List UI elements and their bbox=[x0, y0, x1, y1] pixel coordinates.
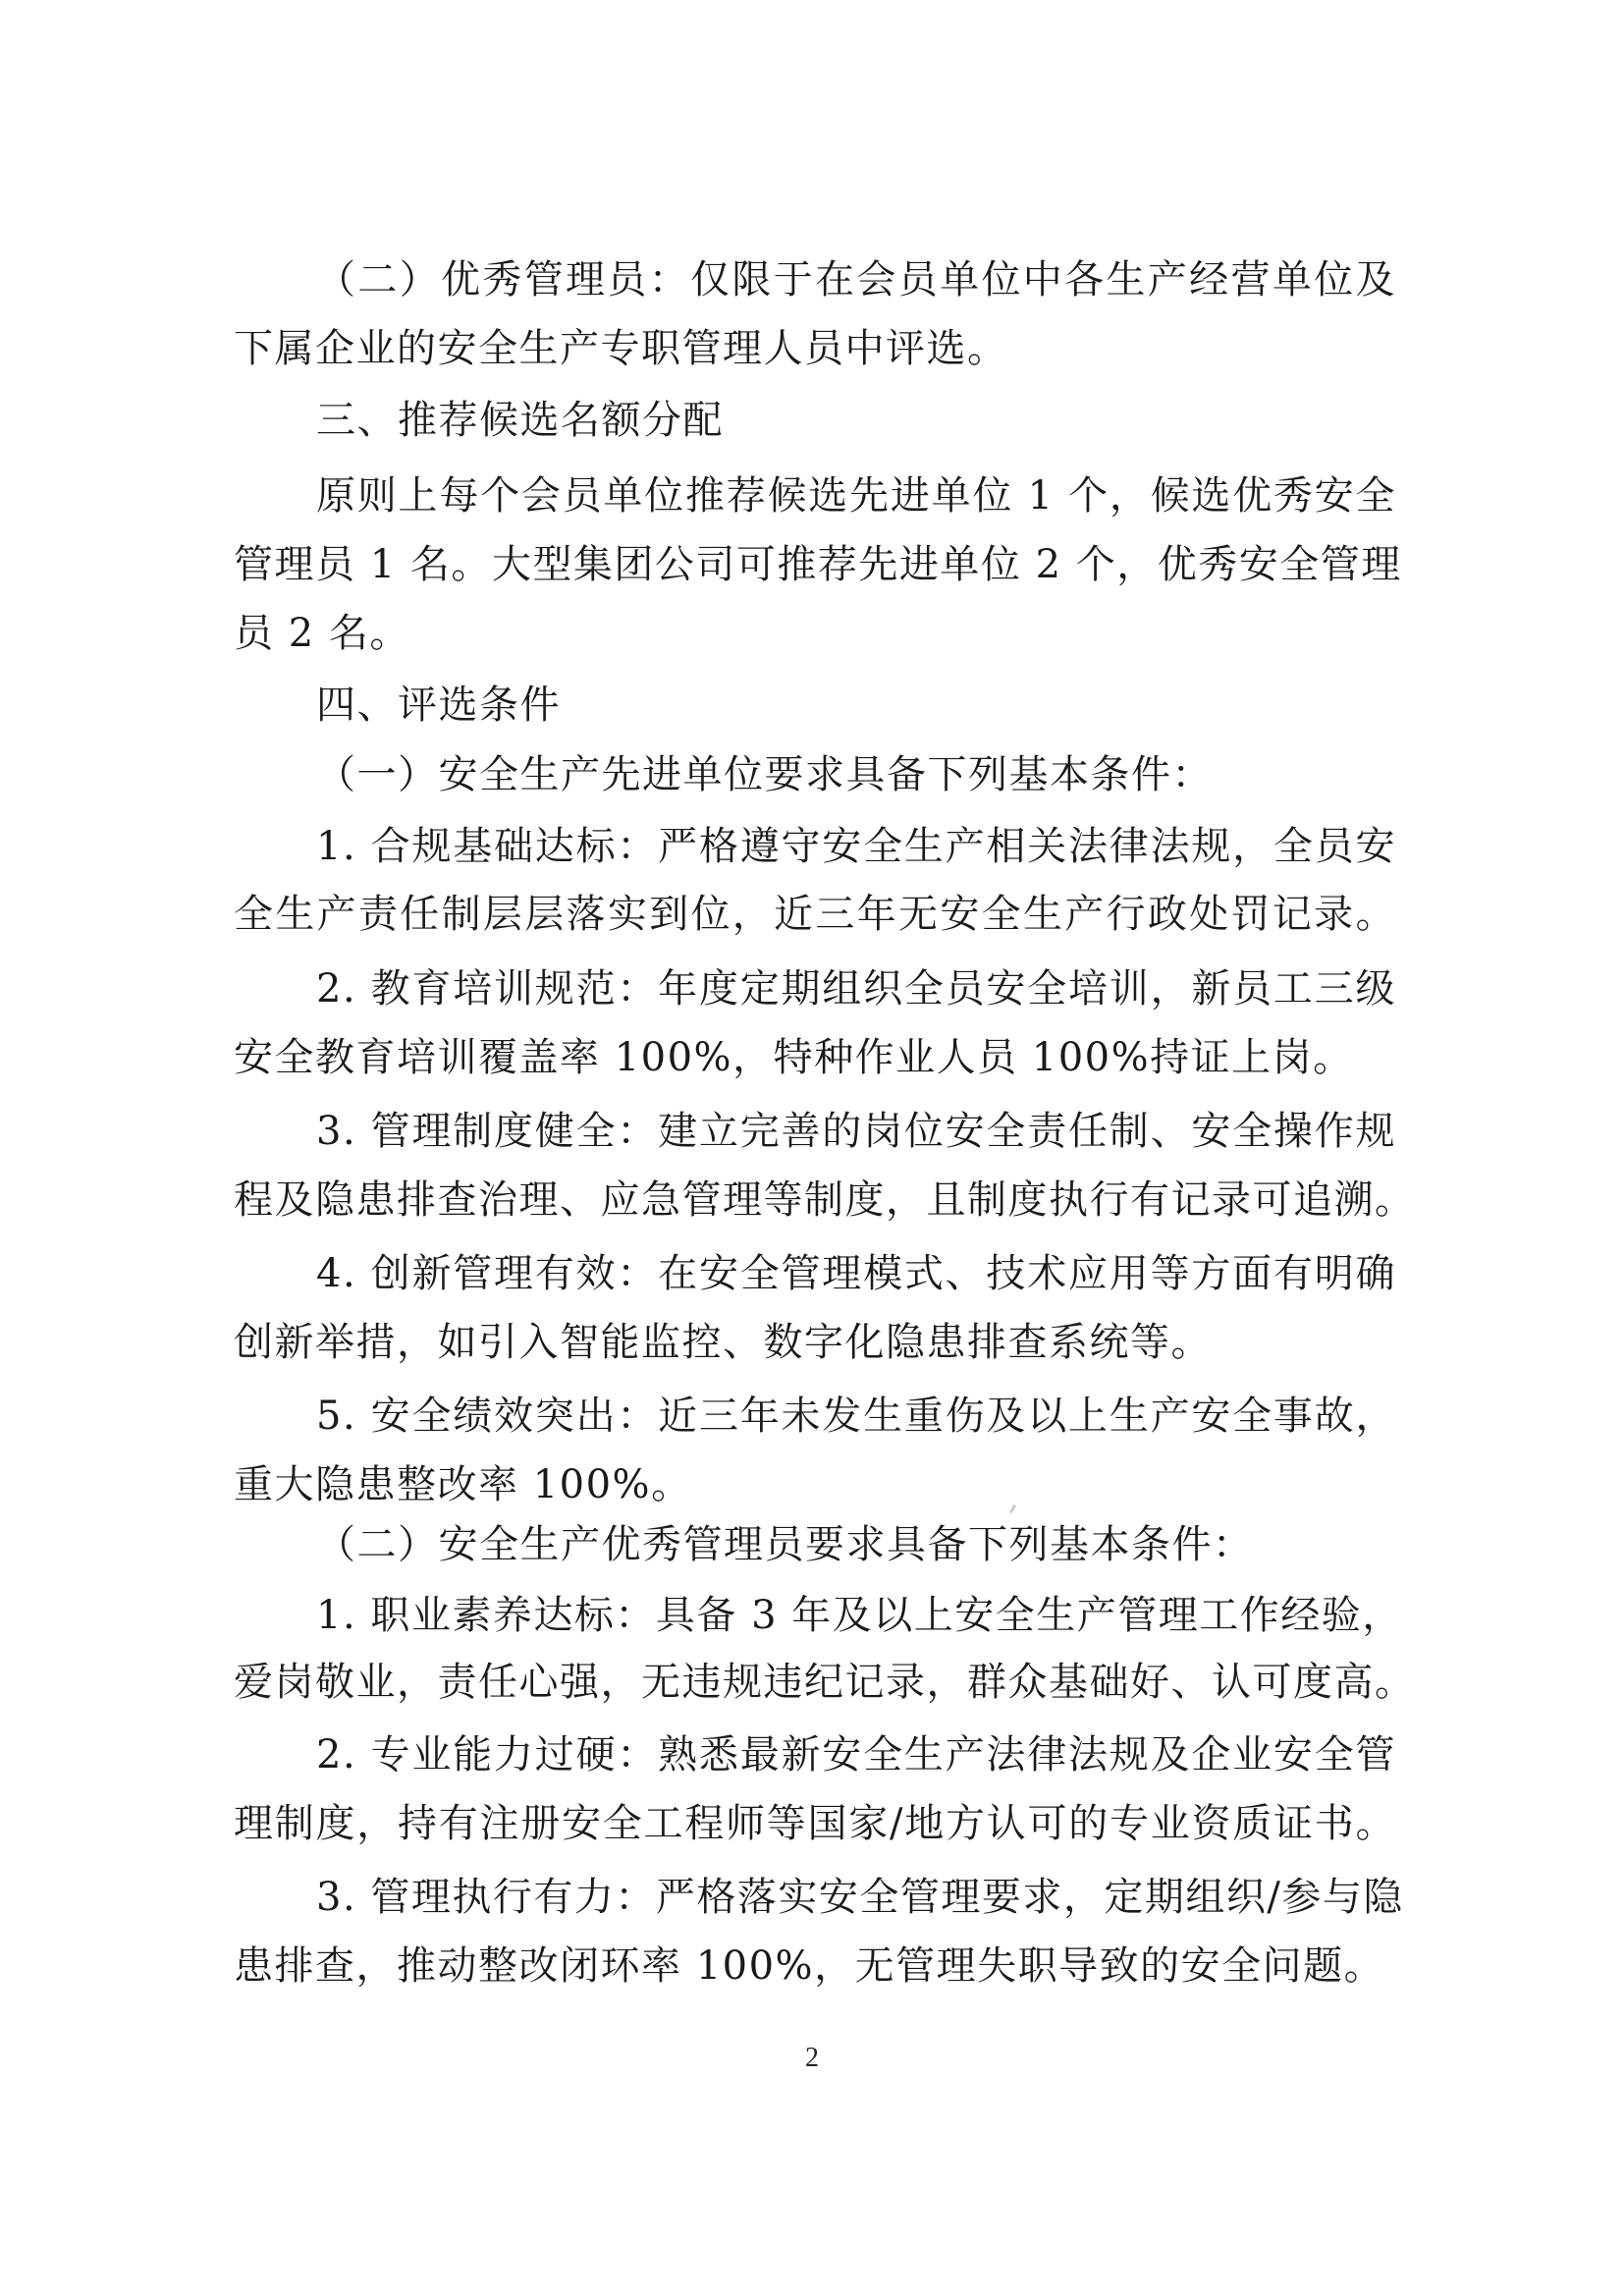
unit-criterion-4-line-1: 4. 创新管理有效：在安全管理模式、技术应用等方面有明确 bbox=[316, 1239, 1396, 1308]
section-4-heading: 四、评选条件 bbox=[316, 671, 561, 739]
section-2-2-heading-line-2: 下属企业的安全生产专职管理人员中评选。 bbox=[234, 314, 1008, 383]
unit-criterion-3-line-1: 3. 管理制度健全：建立完善的岗位安全责任制、安全操作规 bbox=[316, 1097, 1396, 1166]
admin-criterion-1-line-1: 1. 职业素养达标：具备 3 年及以上安全生产管理工作经验， bbox=[316, 1581, 1396, 1650]
unit-criterion-5-line-1: 5. 安全绩效突出：近三年未发生重伤及以上生产安全事故， bbox=[316, 1382, 1396, 1450]
page-number: 2 bbox=[0, 2043, 1624, 2074]
admin-criterion-3-line-2: 患排查，推动整改闭环率 100%，无管理失职导致的安全问题。 bbox=[234, 1932, 1384, 2000]
unit-criterion-4-line-2: 创新举措，如引入智能监控、数字化隐患排查系统等。 bbox=[234, 1308, 1212, 1377]
unit-criterion-1-line-2: 全生产责任制层层落实到位，近三年无安全生产行政处罚记录。 bbox=[234, 880, 1396, 949]
admin-criterion-2-line-2: 理制度，持有注册安全工程师等国家/地方认可的专业资质证书。 bbox=[234, 1789, 1396, 1858]
unit-criterion-2-line-2: 安全教育培训覆盖率 100%，特种作业人员 100%持证上岗。 bbox=[234, 1023, 1354, 1092]
admin-criterion-1-line-2: 爱岗敬业，责任心强，无违规违纪记录，群众基础好、认可度高。 bbox=[234, 1648, 1396, 1717]
quota-paragraph-line-1: 原则上每个会员单位推荐候选先进单位 1 个，候选优秀安全 bbox=[316, 462, 1396, 530]
subsection-4-1-heading: （一）安全生产先进单位要求具备下列基本条件： bbox=[316, 740, 1213, 809]
subsection-4-2-heading: （二）安全生产优秀管理员要求具备下列基本条件： bbox=[316, 1510, 1254, 1579]
section-3-heading: 三、推荐候选名额分配 bbox=[316, 386, 724, 455]
admin-criterion-3-line-1: 3. 管理执行有力：严格落实安全管理要求，定期组织/参与隐 bbox=[316, 1863, 1396, 1932]
section-2-2-heading-line-1: （二）优秀管理员：仅限于在会员单位中各生产经营单位及 bbox=[316, 246, 1396, 314]
document-page: （二）优秀管理员：仅限于在会员单位中各生产经营单位及 下属企业的安全生产专职管理… bbox=[0, 0, 1624, 2296]
admin-criterion-2-line-1: 2. 专业能力过硬：熟悉最新安全生产法律法规及企业安全管 bbox=[316, 1721, 1396, 1789]
unit-criterion-2-line-1: 2. 教育培训规范：年度定期组织全员安全培训，新员工三级 bbox=[316, 955, 1396, 1023]
quota-paragraph-line-3: 员 2 名。 bbox=[234, 599, 410, 668]
unit-criterion-5-line-2: 重大隐患整改率 100%。 bbox=[234, 1450, 692, 1519]
quota-paragraph-line-2: 管理员 1 名。大型集团公司可推荐先进单位 2 个，优秀安全管理 bbox=[234, 530, 1396, 599]
unit-criterion-1-line-1: 1. 合规基础达标：严格遵守安全生产相关法律法规，全员安 bbox=[316, 812, 1396, 881]
unit-criterion-3-line-2: 程及隐患排查治理、应急管理等制度，且制度执行有记录可追溯。 bbox=[234, 1166, 1396, 1234]
